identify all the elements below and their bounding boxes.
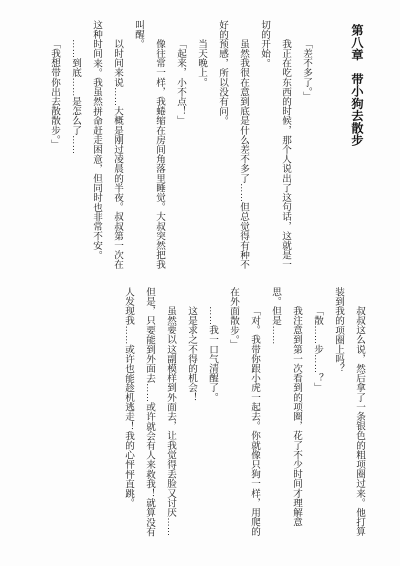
paragraph: 「对。我带你跟小虎一起去。你就像只狗一样，用爬的在外面散步。」 [223,287,265,542]
paragraph: ……到底……是怎么了…… [65,20,86,270]
upper-text-block: 第八章 带小狗去散步 「差不多了。」 我正在吃东西的时候，那个人说出了这句话，这… [44,20,369,270]
paragraph: 像往常一样，我蜷缩在房间角落里睡觉。大叔突然把我叫醒。 [128,20,170,270]
paragraph: 「散……步……？」 [307,287,328,542]
paragraph: 「差不多了。」 [296,20,317,270]
lower-text-block: 叔叔这么说，然后拿了一条银色的粗项圈过来。他打算装到我的项圈上吗？ 「散……步…… [118,287,370,542]
paragraph: 「我想带你出去散散步。」 [44,20,65,270]
chapter-title: 第八章 带小狗去散步 [345,20,369,270]
paragraph: 当天晚上。 [191,20,212,270]
paragraph: 虽然我很在意到底是什么差不多了……但总觉得有种不好的预感，所以没有问。 [212,20,254,270]
paragraph: 我正在吃东西的时候，那个人说出了这句话，这就是一切的开始。 [254,20,296,270]
paragraph: 这是求之不得的机会！ [181,287,202,542]
paragraph: 我注意到第一次看到的项圈，花了不少时间才理解意思。但是…… [265,287,307,542]
novel-page: 第八章 带小狗去散步 「差不多了。」 我正在吃东西的时候，那个人说出了这句话，这… [0,0,400,566]
paragraph: ……我一口气清醒了。 [202,287,223,542]
paragraph: 虽然要以这副模样到外面去，让我觉得丢脸又讨厌……但是，只要能到外面去……或许就会… [118,287,181,542]
paragraph: 叔叔这么说，然后拿了一条银色的粗项圈过来。他打算装到我的项圈上吗？ [328,287,370,542]
paragraph: 「起来，小不点！」 [170,20,191,270]
paragraph: 以时间来说……大概是刚过凌晨的半夜。叔叔第一次在这种时间来。我虽然拼命赶走困意，… [86,20,128,270]
